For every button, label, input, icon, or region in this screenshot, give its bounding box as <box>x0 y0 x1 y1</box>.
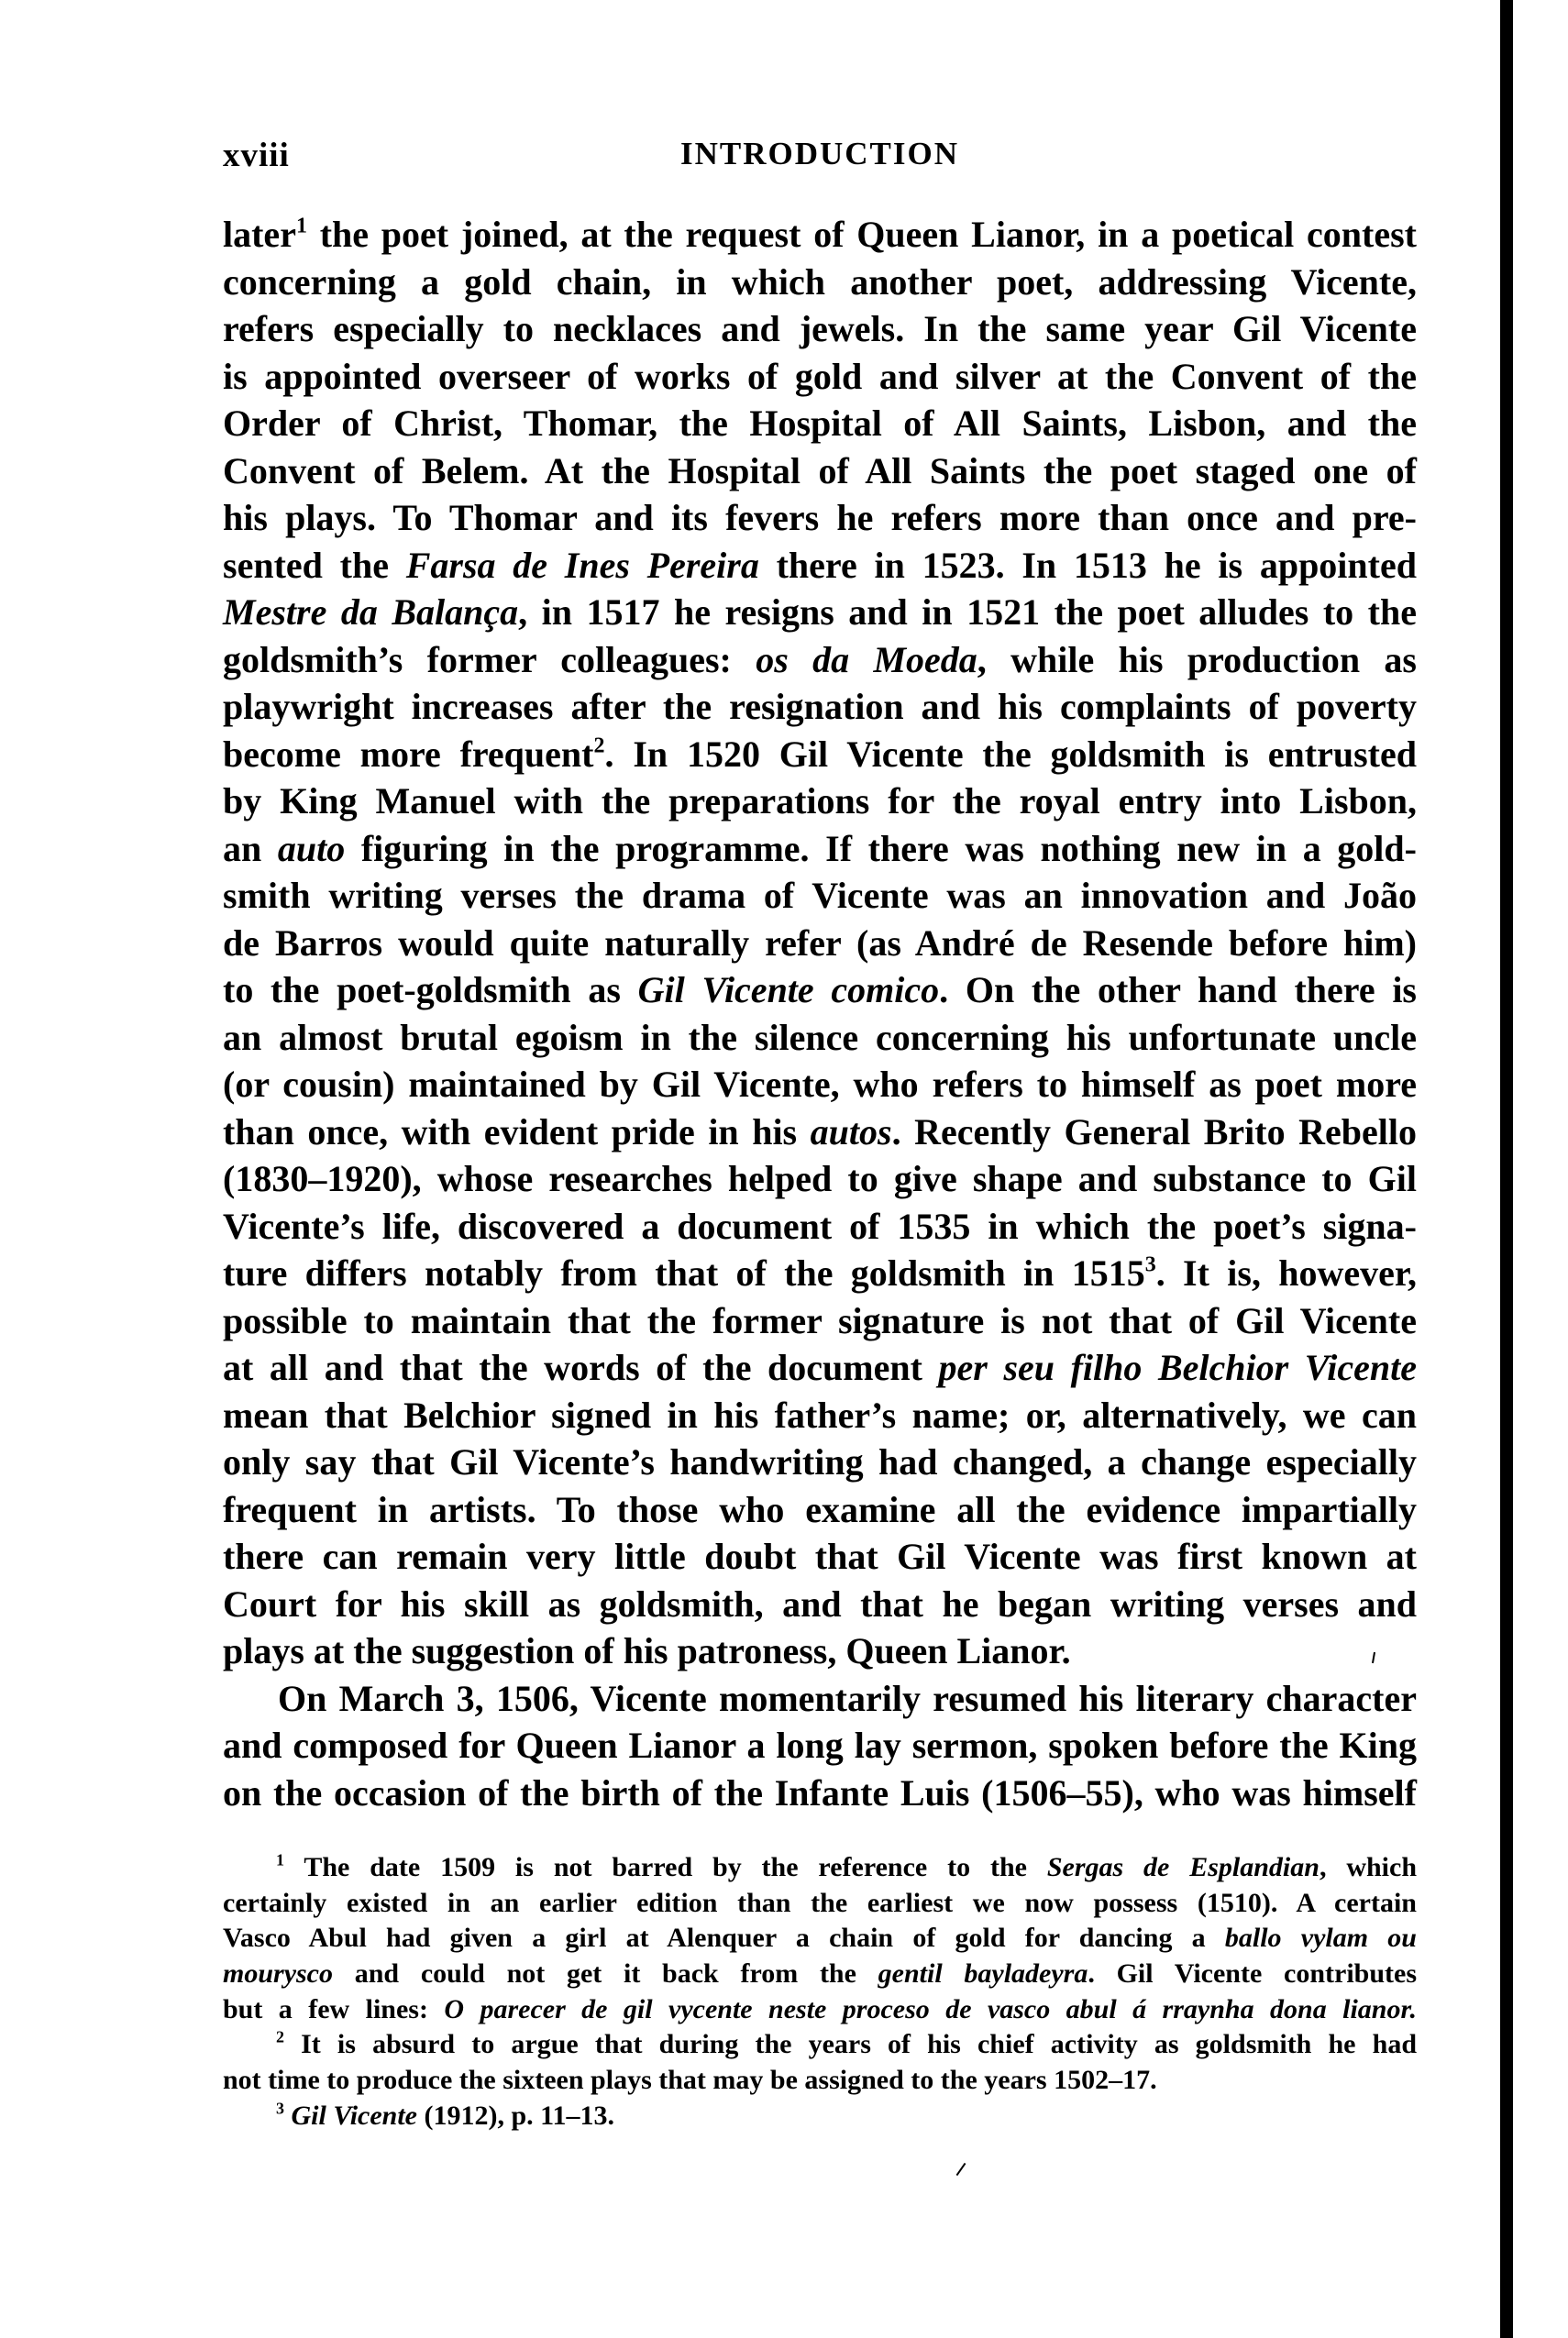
text-run: there in 1523. In 1513 he is appointed <box>759 545 1417 586</box>
text-run: . In 1520 Gil Vicente the goldsmith is e… <box>605 733 1418 775</box>
footnote-line: but a few lines: O parecer de gil vycent… <box>223 1992 1417 2028</box>
italic-phrase: Mestre da Balança <box>223 591 518 633</box>
text-run: an almost brutal egoism in the silence c… <box>223 1017 1417 1058</box>
body-line: ture differs notably from that of the go… <box>223 1250 1417 1297</box>
italic-phrase: gentil bayladeyra <box>878 1958 1088 1989</box>
text-run <box>284 2101 292 2131</box>
italic-phrase: mourysco <box>223 1958 333 1989</box>
body-line: Court for his skill as goldsmith, and th… <box>223 1581 1417 1628</box>
footnote-line: not time to produce the sixteen plays th… <box>223 2063 1417 2099</box>
body-line: Convent of Belem. At the Hospital of All… <box>223 447 1417 495</box>
footnote-marker: 2 <box>276 2028 284 2046</box>
footnote-marker: 3 <box>276 2099 284 2117</box>
body-line: de Barros would quite naturally refer (a… <box>223 920 1417 967</box>
body-line: become more frequent2. In 1520 Gil Vicen… <box>223 731 1417 778</box>
body-line: at all and that the words of the documen… <box>223 1344 1417 1392</box>
body-line: (or cousin) maintained by Gil Vicente, w… <box>223 1061 1417 1108</box>
text-run: only say that Gil Vicente’s handwriting … <box>223 1441 1417 1483</box>
text-run: The date 1509 is not barred by the refer… <box>284 1852 1047 1882</box>
footnote-line: 3 Gil Vicente (1912), p. 11–13. <box>223 2099 1417 2134</box>
text-run: and could not get it back from the <box>333 1958 878 1989</box>
text-run: It is absurd to argue that during the ye… <box>284 2029 1417 2059</box>
body-line: On March 3, 1506, Vicente momentarily re… <box>223 1675 1417 1723</box>
text-run: playwright increases after the resignati… <box>223 686 1417 727</box>
body-line: refers especially to necklaces and jewel… <box>223 305 1417 353</box>
text-run: (1912), p. 11–13. <box>417 2101 614 2131</box>
text-run: plays at the suggestion of his patroness… <box>223 1630 1071 1671</box>
body-line: smith writing verses the drama of Vicent… <box>223 872 1417 920</box>
text-run: there can remain very little doubt that … <box>223 1536 1417 1577</box>
body-line: than once, with evident pride in his aut… <box>223 1108 1417 1156</box>
italic-phrase: ballo vylam ou <box>1225 1923 1417 1953</box>
italic-phrase: autos <box>811 1111 892 1152</box>
italic-phrase: Gil Vicente <box>292 2101 418 2131</box>
text-run: de Barros would quite naturally refer (a… <box>223 922 1417 964</box>
italic-phrase: per seu filho Belchior Vicente <box>939 1347 1417 1388</box>
body-line: only say that Gil Vicente’s handwriting … <box>223 1439 1417 1486</box>
italic-phrase: O parecer de gil vycente neste proceso d… <box>444 1994 1417 2024</box>
text-run: (1830–1920), whose researches helped to … <box>223 1158 1417 1199</box>
text-run: not time to produce the sixteen plays th… <box>223 2065 1157 2095</box>
stray-mark <box>956 2163 966 2176</box>
text-run: , in 1517 he resigns and in 1521 the poe… <box>518 591 1417 633</box>
footnote-line: certainly existed in an earlier edition … <box>223 1886 1417 1922</box>
text-run: sented the <box>223 545 406 586</box>
body-line: and composed for Queen Lianor a long lay… <box>223 1722 1417 1770</box>
text-run: , which <box>1320 1852 1417 1882</box>
text-run: Convent of Belem. At the Hospital of All… <box>223 450 1417 491</box>
text-run: than once, with evident pride in his <box>223 1111 811 1152</box>
body-line: by King Manuel with the preparations for… <box>223 777 1417 825</box>
text-run: certainly existed in an earlier edition … <box>223 1888 1417 1918</box>
body-line: (1830–1920), whose researches helped to … <box>223 1155 1417 1203</box>
text-run: . Recently General Brito Rebello <box>892 1111 1417 1152</box>
text-run: an <box>223 828 278 869</box>
body-line: there can remain very little doubt that … <box>223 1533 1417 1581</box>
text-run: on the occasion of the birth of the Infa… <box>223 1772 1417 1814</box>
footnote-marker: 1 <box>296 214 307 237</box>
text-run: is appointed overseer of works of gold a… <box>223 356 1417 397</box>
footnote-marker: 1 <box>276 1850 284 1869</box>
running-head: xviii INTRODUCTION <box>223 136 1417 182</box>
body-line: plays at the suggestion of his patroness… <box>223 1627 1417 1675</box>
body-line: his plays. To Thomar and its fevers he r… <box>223 494 1417 542</box>
text-run: the poet joined, at the request of Queen… <box>307 214 1417 255</box>
text-run: concerning a gold chain, in which anothe… <box>223 261 1417 303</box>
footnote-marker: 3 <box>1145 1252 1156 1276</box>
body-line: later1 the poet joined, at the request o… <box>223 211 1417 259</box>
italic-phrase: auto <box>278 828 345 869</box>
footnote-marker: 2 <box>594 733 605 757</box>
page-edge-shadow <box>1500 0 1513 2338</box>
text-run: but a few lines: <box>223 1994 444 2024</box>
body-line: possible to maintain that the former sig… <box>223 1297 1417 1345</box>
body-line: is appointed overseer of works of gold a… <box>223 353 1417 401</box>
body-line: an auto figuring in the programme. If th… <box>223 825 1417 873</box>
body-line: playwright increases after the resignati… <box>223 683 1417 731</box>
text-run: goldsmith’s former colleagues: <box>223 639 756 680</box>
italic-phrase: Sergas de Esplandian <box>1047 1852 1320 1882</box>
footnotes: 1 The date 1509 is not barred by the ref… <box>223 1850 1417 2134</box>
text-run: Vasco Abul had given a girl at Alenquer … <box>223 1923 1225 1953</box>
text-run: frequent in artists. To those who examin… <box>223 1489 1417 1530</box>
body-line: frequent in artists. To those who examin… <box>223 1486 1417 1534</box>
text-run: his plays. To Thomar and its fevers he r… <box>223 497 1417 538</box>
body-line: Mestre da Balança, in 1517 he resigns an… <box>223 589 1417 636</box>
text-run: later <box>223 214 296 255</box>
italic-phrase: Gil Vicente comico <box>638 969 940 1010</box>
body-line: concerning a gold chain, in which anothe… <box>223 259 1417 306</box>
text-run: become more frequent <box>223 733 594 775</box>
text-run: Court for his skill as goldsmith, and th… <box>223 1583 1417 1625</box>
body-line: mean that Belchior signed in his father’… <box>223 1392 1417 1439</box>
text-run: possible to maintain that the former sig… <box>223 1300 1417 1341</box>
text-run: and composed for Queen Lianor a long lay… <box>223 1725 1417 1766</box>
footnote-line: mourysco and could not get it back from … <box>223 1957 1417 1992</box>
footnote-line: 1 The date 1509 is not barred by the ref… <box>223 1850 1417 1886</box>
text-run: at all and that the words of the documen… <box>223 1347 939 1388</box>
body-line: Vicente’s life, discovered a document of… <box>223 1203 1417 1251</box>
running-head-title: INTRODUCTION <box>223 136 1417 172</box>
body-line: Order of Christ, Thomar, the Hospital of… <box>223 400 1417 447</box>
italic-phrase: Farsa de Ines Pereira <box>406 545 759 586</box>
text-run: . Gil Vicente contributes <box>1088 1958 1417 1989</box>
footnote-line: 2 It is absurd to argue that during the … <box>223 2027 1417 2063</box>
text-run: Order of Christ, Thomar, the Hospital of… <box>223 403 1417 444</box>
body-line: goldsmith’s former colleagues: os da Moe… <box>223 636 1417 684</box>
text-run: . On the other hand there is <box>939 969 1417 1010</box>
text-run: (or cousin) maintained by Gil Vicente, w… <box>223 1064 1417 1105</box>
text-run: smith writing verses the drama of Vicent… <box>223 875 1417 916</box>
footnote-line: Vasco Abul had given a girl at Alenquer … <box>223 1921 1417 1957</box>
text-run: mean that Belchior signed in his father’… <box>223 1395 1417 1436</box>
body-line: an almost brutal egoism in the silence c… <box>223 1014 1417 1062</box>
text-run: to the poet-goldsmith as <box>223 969 638 1010</box>
body-line: on the occasion of the birth of the Infa… <box>223 1770 1417 1817</box>
body-line: to the poet-goldsmith as Gil Vicente com… <box>223 966 1417 1014</box>
text-run: ture differs notably from that of the go… <box>223 1252 1145 1294</box>
text-run: figuring in the programme. If there was … <box>345 828 1417 869</box>
book-page: xviii INTRODUCTION later1 the poet joine… <box>0 0 1568 2338</box>
text-run: Vicente’s life, discovered a document of… <box>223 1206 1417 1247</box>
italic-phrase: os da Moeda <box>756 639 977 680</box>
body-line: sented the Farsa de Ines Pereira there i… <box>223 542 1417 590</box>
body-text: later1 the poet joined, at the request o… <box>223 211 1417 1816</box>
text-run: by King Manuel with the preparations for… <box>223 780 1417 822</box>
text-run: On March 3, 1506, Vicente momentarily re… <box>278 1678 1417 1719</box>
text-run: . It is, however, <box>1156 1252 1417 1294</box>
text-run: refers especially to necklaces and jewel… <box>223 308 1417 349</box>
text-run: , while his production as <box>977 639 1417 680</box>
